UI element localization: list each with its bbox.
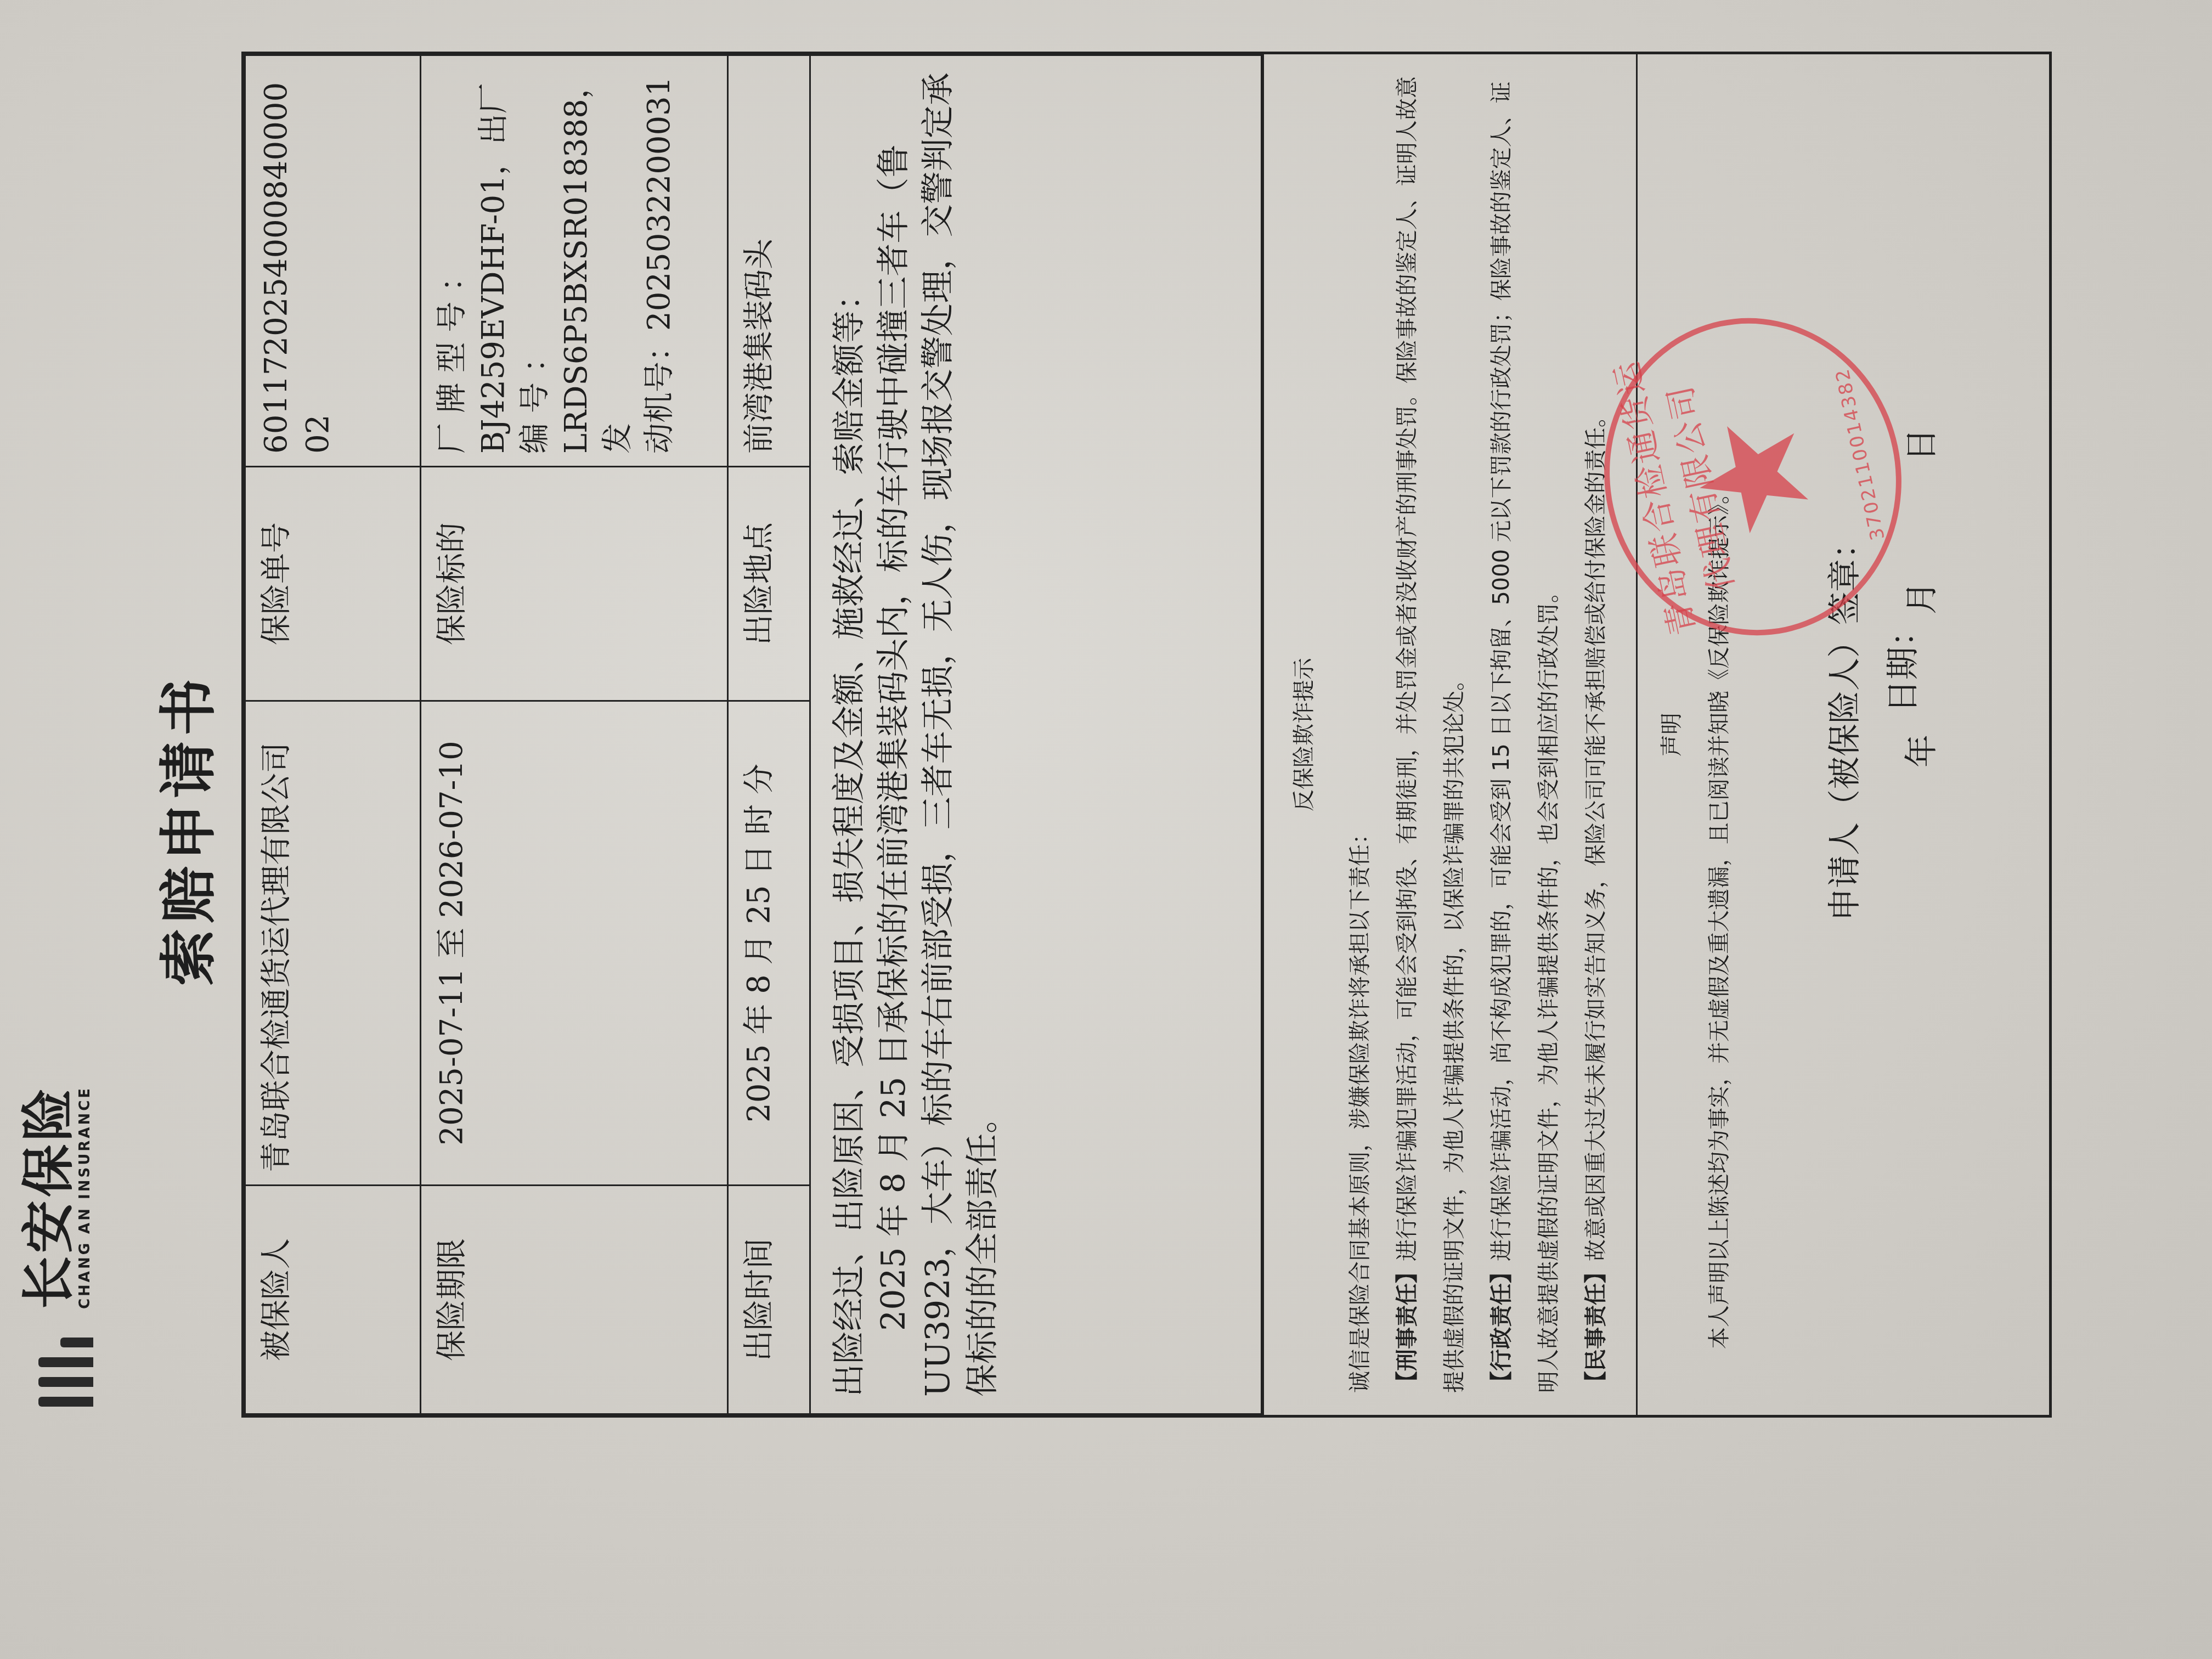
insured-label: 被保险人 (245, 1186, 421, 1414)
insured-value: 青岛联合检通货运代理有限公司 (245, 701, 421, 1185)
period-label: 保险期限 (421, 1186, 728, 1414)
administrative-liability-text: 进行保险诈骗活动，尚不构成犯罪的，可能会受到 15 日以下拘留、5000 元以下… (1489, 81, 1561, 1393)
subject-label: 保险标的 (421, 466, 728, 701)
claim-info-table: 被保险人 青岛联合检通货运代理有限公司 保险单号 601172025400084… (244, 54, 1262, 1415)
policy-no-label: 保险单号 (245, 466, 421, 701)
narrative-body: 2025 年 8 月 25 日承保标的在前湾港集装码头内，标的车行驶中碰撞三者车… (872, 72, 1005, 1397)
anti-fraud-item: 【刑事责任】进行保险诈骗犯罪活动，可能会受到拘役、有期徒刑，并处罚金或者没收财产… (1384, 76, 1478, 1393)
document-title: 索赔申请书 (143, 0, 225, 1659)
document-page: 长安保险 CHANG AN INSURANCE 索赔申请书 被保险人 青岛联合检… (0, 0, 2212, 1659)
narrative-heading: 出险经过、出险原因、受损项目、损失程度及金额、施救经过、索赔金额等： (827, 72, 872, 1397)
date-value-field[interactable]: 年 月 日 (1895, 428, 1943, 768)
subject-line-2: 编 号 ：LRDS6P5BXSR018388，发 (514, 68, 639, 454)
incident-narrative: 出险经过、出险原因、受损项目、损失程度及金额、施救经过、索赔金额等： 2025 … (810, 55, 1262, 1414)
anti-fraud-intro: 诚信是保险合同基本原则，涉嫌保险欺诈将承担以下责任： (1336, 76, 1384, 1393)
policy-no-value: 601172025400084000002 (245, 55, 421, 467)
declaration-text: 本人声明以上陈述均为事实，并无虚假及重大遗漏，且已阅读并知晓《反保险欺诈提示》。 (1702, 76, 1733, 1393)
criminal-liability-text: 进行保险诈骗犯罪活动，可能会受到拘役、有期徒刑，并处罚金或者没收财产的刑事处罚。… (1395, 76, 1467, 1393)
declaration-section: 声明 本人声明以上陈述均为事实，并无虚假及重大遗漏，且已阅读并知晓《反保险欺诈提… (1636, 54, 1978, 1415)
anti-fraud-notice: 反保险欺诈提示 诚信是保险合同基本原则，涉嫌保险欺诈将承担以下责任： 【刑事责任… (1262, 54, 1636, 1415)
brand-logo: 长安保险 CHANG AN INSURANCE (22, 1085, 93, 1407)
declaration-title: 声明 (1654, 76, 1685, 1393)
anti-fraud-item: 【民事责任】故意或因重大过失未履行如实告知义务，保险公司可能不承担赔偿或给付保险… (1572, 76, 1620, 1393)
place-label: 出险地点 (728, 466, 810, 701)
logo-mark-icon (38, 1319, 93, 1407)
anti-fraud-item: 【行政责任】进行保险诈骗活动，尚不构成犯罪的，可能会受到 15 日以下拘留、50… (1478, 76, 1572, 1393)
civil-liability-tag: 【民事责任】 (1583, 1261, 1609, 1393)
anti-fraud-title: 反保险欺诈提示 (1280, 76, 1328, 1393)
brand-name-en: CHANG AN INSURANCE (77, 1085, 93, 1309)
criminal-liability-tag: 【刑事责任】 (1395, 1261, 1420, 1393)
brand-name-cn: 长安保险 (22, 1085, 75, 1309)
subject-line-1: 厂 牌 型 号 ：BJ4259EVDHF-01，出厂 (431, 68, 514, 454)
subject-line-3: 动机号：2025032200031 (639, 68, 680, 454)
time-value: 2025 年 8 月 25 日 时 分 (728, 701, 810, 1185)
time-label: 出险时间 (728, 1186, 810, 1414)
claim-form: 被保险人 青岛联合检通货运代理有限公司 保险单号 601172025400084… (241, 52, 2052, 1418)
administrative-liability-tag: 【行政责任】 (1489, 1261, 1514, 1393)
period-value: 2025-07-11 至 2026-07-10 (421, 701, 728, 1185)
place-value: 前湾港集装码头 (728, 55, 810, 467)
subject-value: 厂 牌 型 号 ：BJ4259EVDHF-01，出厂 编 号 ：LRDS6P5B… (421, 55, 728, 467)
civil-liability-text: 故意或因重大过失未履行如实告知义务，保险公司可能不承担赔偿或给付保险金的责任。 (1583, 405, 1609, 1261)
